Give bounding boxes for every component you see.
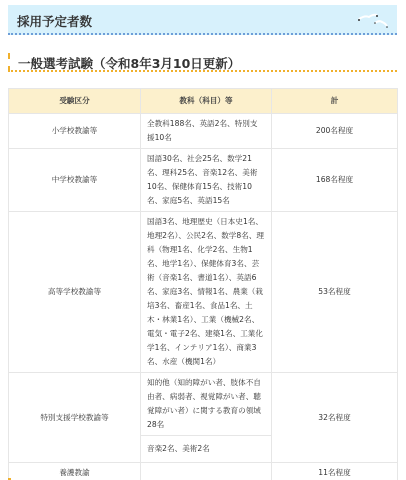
category-cell: 中学校教諭等 <box>9 149 141 212</box>
total-cell: 32名程度 <box>272 373 398 463</box>
category-cell: 特別支援学校教諭等 <box>9 373 141 463</box>
page-title: 採用予定者数 <box>17 12 92 30</box>
table-row: 養護教諭 11名程度 <box>9 463 398 480</box>
subjects-cell: 国語3名、地理歴史（日本史1名、地理2名）、公民2名、数学8名、理科（物理1名、… <box>141 212 272 373</box>
header-subjects: 教科（科目）等 <box>141 89 272 114</box>
page-title-banner: 採用予定者数 <box>8 5 397 35</box>
subjects-cell: 音楽2名、美術2名 <box>141 436 272 463</box>
table-header-row: 受験区分 教科（科目）等 計 <box>9 89 398 114</box>
header-category: 受験区分 <box>9 89 141 114</box>
subjects-cell <box>141 463 272 480</box>
birds-decoration-icon <box>351 11 391 31</box>
category-cell: 養護教諭 <box>9 463 141 480</box>
table-row: 高等学校教諭等 国語3名、地理歴史（日本史1名、地理2名）、公民2名、数学8名、… <box>9 212 398 373</box>
subjects-cell: 国語30名、社会25名、数学21名、理科25名、音楽12名、美術10名、保健体育… <box>141 149 272 212</box>
total-cell: 11名程度 <box>272 463 398 480</box>
total-cell: 200名程度 <box>272 114 398 149</box>
subjects-cell: 知的他（知的障がい者、肢体不自由者、病弱者、視覚障がい者、聴覚障がい者）に関する… <box>141 373 272 436</box>
section-heading-box: 一般選考試験（令和8年3月10日更新） <box>8 53 397 72</box>
recruitment-table: 受験区分 教科（科目）等 計 小学校教諭等 全教科188名、英語2名、特別支援1… <box>8 88 398 480</box>
subjects-cell: 全教科188名、英語2名、特別支援10名 <box>141 114 272 149</box>
table-row: 特別支援学校教諭等 知的他（知的障がい者、肢体不自由者、病弱者、視覚障がい者、聴… <box>9 373 398 436</box>
category-cell: 高等学校教諭等 <box>9 212 141 373</box>
total-cell: 53名程度 <box>272 212 398 373</box>
header-total: 計 <box>272 89 398 114</box>
category-cell: 小学校教諭等 <box>9 114 141 149</box>
table-row: 小学校教諭等 全教科188名、英語2名、特別支援10名 200名程度 <box>9 114 398 149</box>
total-cell: 168名程度 <box>272 149 398 212</box>
table-row: 中学校教諭等 国語30名、社会25名、数学21名、理科25名、音楽12名、美術1… <box>9 149 398 212</box>
section-heading: 一般選考試験（令和8年3月10日更新） <box>18 54 240 72</box>
